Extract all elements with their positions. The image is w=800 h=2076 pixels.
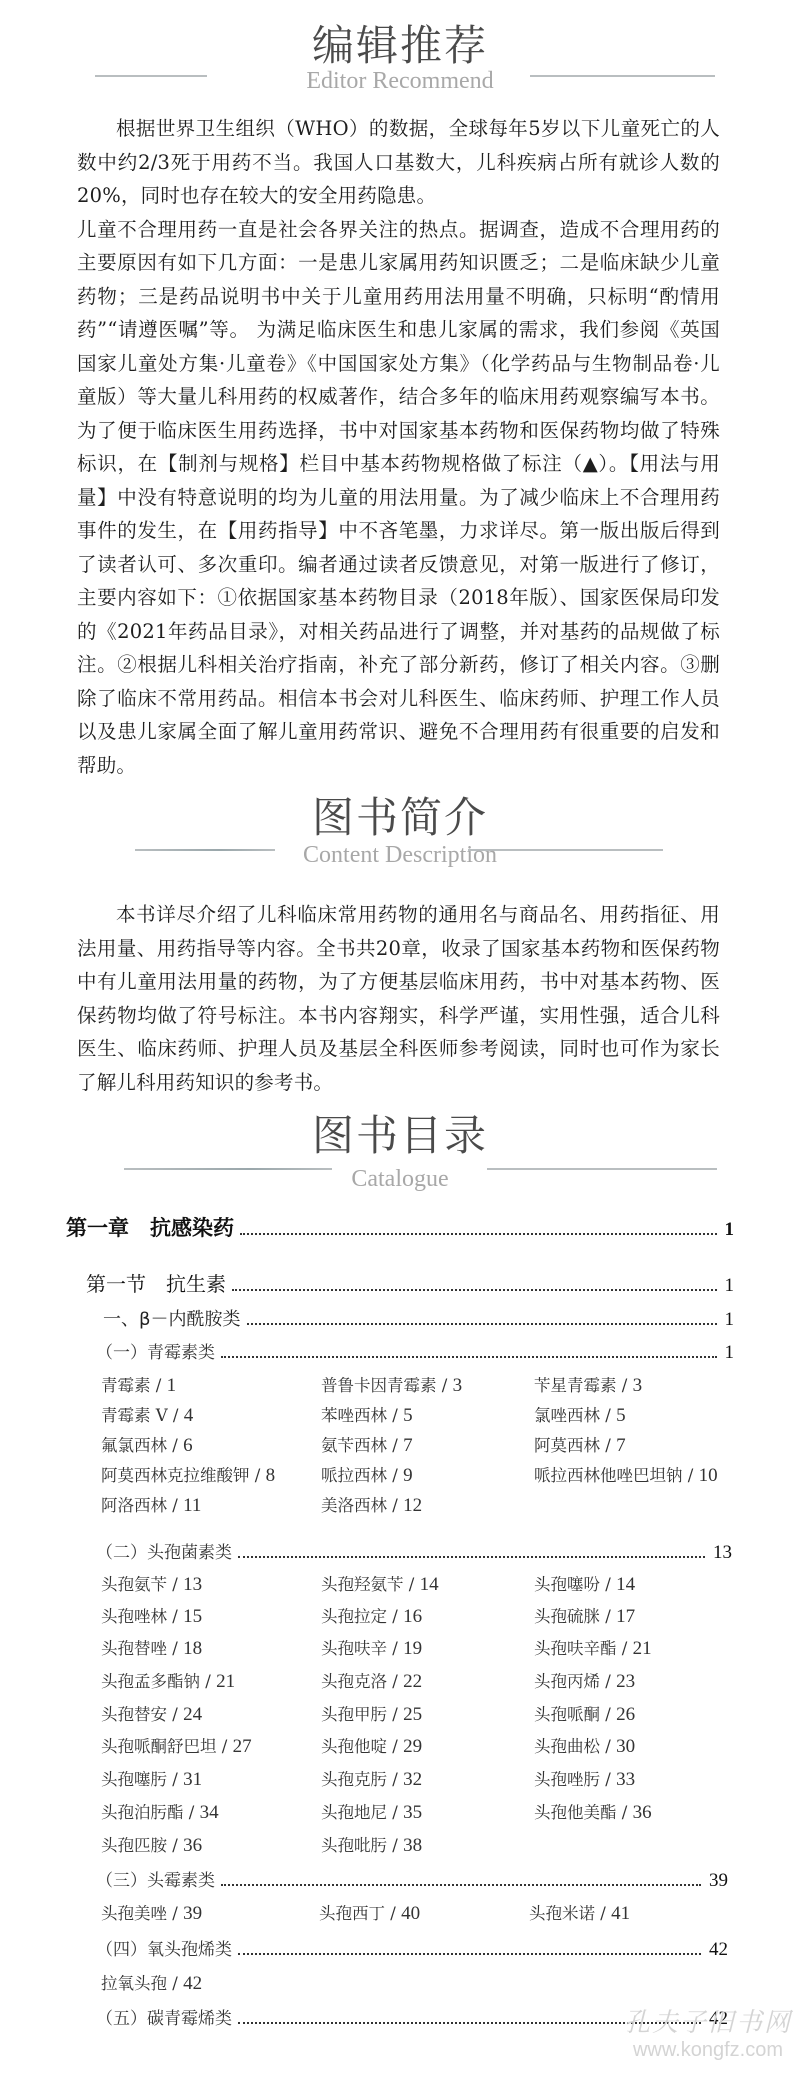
drug-entry[interactable]: 氟氯西林 / 6 (101, 1432, 193, 1457)
drug-entry[interactable]: 头孢他啶 / 29 (321, 1733, 422, 1758)
drug-entry[interactable]: 头孢丙烯 / 23 (534, 1668, 635, 1693)
drug-entry[interactable]: 头孢泊肟酯 / 34 (101, 1799, 219, 1824)
paragraph: 本书详尽介绍了儿科临床常用药物的通用名与商品名、用药指征、用法用量、用药指导等内… (77, 898, 720, 1099)
toc-label: （四）氧头孢烯类 (96, 1935, 232, 1960)
drug-entry[interactable]: 头孢呋辛酯 / 21 (534, 1635, 652, 1660)
toc-category[interactable]: （二）头孢菌素类 13 (96, 1538, 732, 1564)
content-description-body: 本书详尽介绍了儿科临床常用药物的通用名与商品名、用药指征、用法用量、用药指导等内… (77, 898, 720, 1099)
toc-page-number: 13 (713, 1542, 732, 1564)
leader-dots (232, 1289, 717, 1291)
drug-entry[interactable]: 头孢克洛 / 22 (321, 1668, 422, 1693)
drug-entry[interactable]: 阿洛西林 / 11 (101, 1492, 201, 1517)
drug-entry[interactable]: 青霉素 V / 4 (101, 1402, 193, 1427)
drug-entry[interactable]: 头孢噻肟 / 31 (101, 1766, 202, 1791)
toc-page-number: 39 (709, 1870, 728, 1892)
toc-page-number: 42 (709, 1939, 728, 1961)
watermark: 孔夫子旧书网 www.kongfz.com (624, 2002, 792, 2062)
drug-entry[interactable]: 头孢克肟 / 32 (321, 1766, 422, 1791)
drug-entry[interactable]: 美洛西林 / 12 (321, 1492, 422, 1517)
toc-page-number: 1 (725, 1219, 735, 1241)
content-description-title: 图书简介 (0, 790, 800, 846)
watermark-url: www.kongfz.com (624, 2039, 792, 2062)
content-description-subtitle: Content Description (0, 842, 800, 869)
drug-entry[interactable]: 头孢哌酮舒巴坦 / 27 (101, 1733, 252, 1758)
toc-label: 第一节 抗生素 (86, 1268, 226, 1297)
drug-entry[interactable]: 头孢羟氨苄 / 14 (321, 1571, 439, 1596)
leader-dots (238, 1556, 705, 1558)
drug-entry[interactable]: 头孢硫脒 / 17 (534, 1603, 635, 1628)
toc-page-number: 1 (725, 1342, 735, 1364)
editor-recommend-title: 编辑推荐 (0, 18, 800, 74)
catalogue-header: 图书目录 Catalogue (0, 1108, 800, 1208)
leader-dots (247, 1323, 717, 1325)
drug-entry[interactable]: 头孢替唑 / 18 (101, 1635, 202, 1660)
drug-entry[interactable]: 头孢他美酯 / 36 (534, 1799, 652, 1824)
editor-recommend-subtitle: Editor Recommend (0, 68, 800, 95)
toc-label: （二）头孢菌素类 (96, 1538, 232, 1563)
drug-entry[interactable]: 头孢匹胺 / 36 (101, 1832, 202, 1857)
editor-recommend-body: 根据世界卫生组织（WHO）的数据，全球每年5岁以下儿童死亡的人数中约2/3死于用… (77, 112, 720, 782)
toc-subsection[interactable]: 一、β－内酰胺类 1 (103, 1305, 734, 1331)
drug-entry[interactable]: 头孢拉定 / 16 (321, 1603, 422, 1628)
drug-entry[interactable]: 拉氧头孢 / 42 (101, 1970, 202, 1995)
drug-entry[interactable]: 哌拉西林他唑巴坦钠 / 10 (534, 1462, 718, 1487)
editor-recommend-header: 编辑推荐 Editor Recommend (0, 18, 800, 118)
drug-entry[interactable]: 头孢美唑 / 39 (101, 1900, 202, 1925)
header-rule-left-ext (95, 75, 207, 77)
toc-category[interactable]: （四）氧头孢烯类 42 (96, 1935, 728, 1961)
leader-dots (238, 1953, 701, 1955)
leader-dots (240, 1233, 717, 1235)
toc-label: 第一章 抗感染药 (66, 1212, 234, 1242)
drug-entry[interactable]: 氯唑西林 / 5 (534, 1402, 626, 1427)
drug-entry[interactable]: 头孢呋辛 / 19 (321, 1635, 422, 1660)
paragraph: 儿童不合理用药一直是社会各界关注的热点。据调查，造成不合理用药的主要原因有如下几… (77, 213, 720, 783)
toc-section[interactable]: 第一节 抗生素 1 (86, 1268, 734, 1297)
paragraph: 根据世界卫生组织（WHO）的数据，全球每年5岁以下儿童死亡的人数中约2/3死于用… (77, 112, 720, 213)
drug-entry[interactable]: 哌拉西林 / 9 (321, 1462, 413, 1487)
drug-entry[interactable]: 阿莫西林克拉维酸钾 / 8 (101, 1462, 275, 1487)
toc-chapter[interactable]: 第一章 抗感染药 1 (66, 1212, 734, 1242)
content-description-header: 图书简介 Content Description (0, 790, 800, 890)
drug-entry[interactable]: 头孢哌酮 / 26 (534, 1701, 635, 1726)
watermark-text: 孔夫子旧书网 (624, 2002, 792, 2039)
catalogue-subtitle: Catalogue (0, 1166, 800, 1193)
drug-entry[interactable]: 头孢氨苄 / 13 (101, 1571, 202, 1596)
toc-category[interactable]: （一）青霉素类 1 (96, 1338, 734, 1364)
drug-entry[interactable]: 苄星青霉素 / 3 (534, 1372, 642, 1397)
drug-entry[interactable]: 苯唑西林 / 5 (321, 1402, 413, 1427)
toc-label: （三）头霉素类 (96, 1866, 215, 1891)
drug-entry[interactable]: 头孢噻吩 / 14 (534, 1571, 635, 1596)
toc-label: （一）青霉素类 (96, 1338, 215, 1363)
drug-entry[interactable]: 头孢地尼 / 35 (321, 1799, 422, 1824)
drug-entry[interactable]: 阿莫西林 / 7 (534, 1432, 626, 1457)
leader-dots (221, 1884, 701, 1886)
toc-label: （五）碳青霉烯类 (96, 2004, 232, 2029)
drug-entry[interactable]: 头孢甲肟 / 25 (321, 1701, 422, 1726)
drug-entry[interactable]: 头孢曲松 / 30 (534, 1733, 635, 1758)
toc-label: 一、β－内酰胺类 (103, 1305, 241, 1331)
toc-page-number: 1 (725, 1275, 735, 1297)
catalogue-title: 图书目录 (0, 1108, 800, 1164)
drug-entry[interactable]: 青霉素 / 1 (101, 1372, 176, 1397)
drug-entry[interactable]: 头孢吡肟 / 38 (321, 1832, 422, 1857)
leader-dots (221, 1356, 717, 1358)
drug-entry[interactable]: 头孢唑肟 / 33 (534, 1766, 635, 1791)
drug-entry[interactable]: 头孢唑林 / 15 (101, 1603, 202, 1628)
drug-entry[interactable]: 头孢西丁 / 40 (319, 1900, 420, 1925)
toc-page-number: 1 (725, 1309, 735, 1331)
toc-category[interactable]: （三）头霉素类 39 (96, 1866, 728, 1892)
drug-entry[interactable]: 头孢孟多酯钠 / 21 (101, 1668, 235, 1693)
drug-entry[interactable]: 普鲁卡因青霉素 / 3 (321, 1372, 462, 1397)
drug-entry[interactable]: 头孢米诺 / 41 (529, 1900, 630, 1925)
drug-entry[interactable]: 头孢替安 / 24 (101, 1701, 202, 1726)
drug-entry[interactable]: 氨苄西林 / 7 (321, 1432, 413, 1457)
